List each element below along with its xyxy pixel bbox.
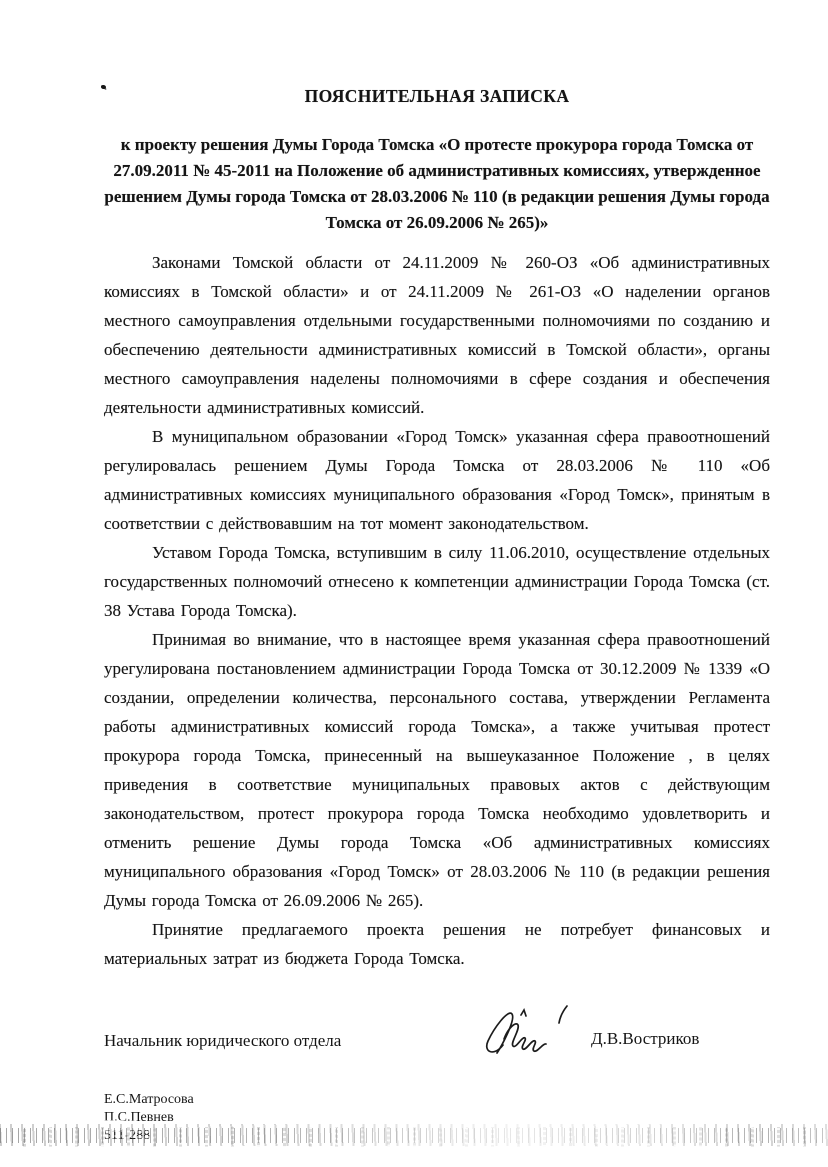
body-paragraph-2: В муниципальном образовании «Город Томск… <box>104 422 770 538</box>
signatory-name: Д.В.Востриков <box>591 1029 699 1049</box>
document-content: ПОЯСНИТЕЛЬНАЯ ЗАПИСКА к проекту решения … <box>104 84 770 1145</box>
body-paragraph-1: Законами Томской области от 24.11.2009 №… <box>104 248 770 422</box>
executor-name-1: Е.С.Матросова <box>104 1091 770 1109</box>
handwritten-signature-icon <box>479 997 589 1072</box>
scan-noise-band <box>0 1120 828 1148</box>
body-paragraph-5: Принятие предлагаемого проекта решения н… <box>104 915 770 973</box>
body-paragraph-3: Уставом Города Томска, вступившим в силу… <box>104 538 770 625</box>
document-body: Законами Томской области от 24.11.2009 №… <box>104 248 770 973</box>
document-subtitle: к проекту решения Думы Города Томска «О … <box>104 132 770 236</box>
scanned-document-page: ПОЯСНИТЕЛЬНАЯ ЗАПИСКА к проекту решения … <box>0 0 828 1167</box>
signature-position-label: Начальник юридического отдела <box>104 1031 341 1051</box>
body-paragraph-4: Принимая во внимание, что в настоящее вр… <box>104 625 770 915</box>
signature-row: Начальник юридического отдела Д.В.Востри… <box>104 1019 770 1079</box>
page-title: ПОЯСНИТЕЛЬНАЯ ЗАПИСКА <box>104 84 770 108</box>
